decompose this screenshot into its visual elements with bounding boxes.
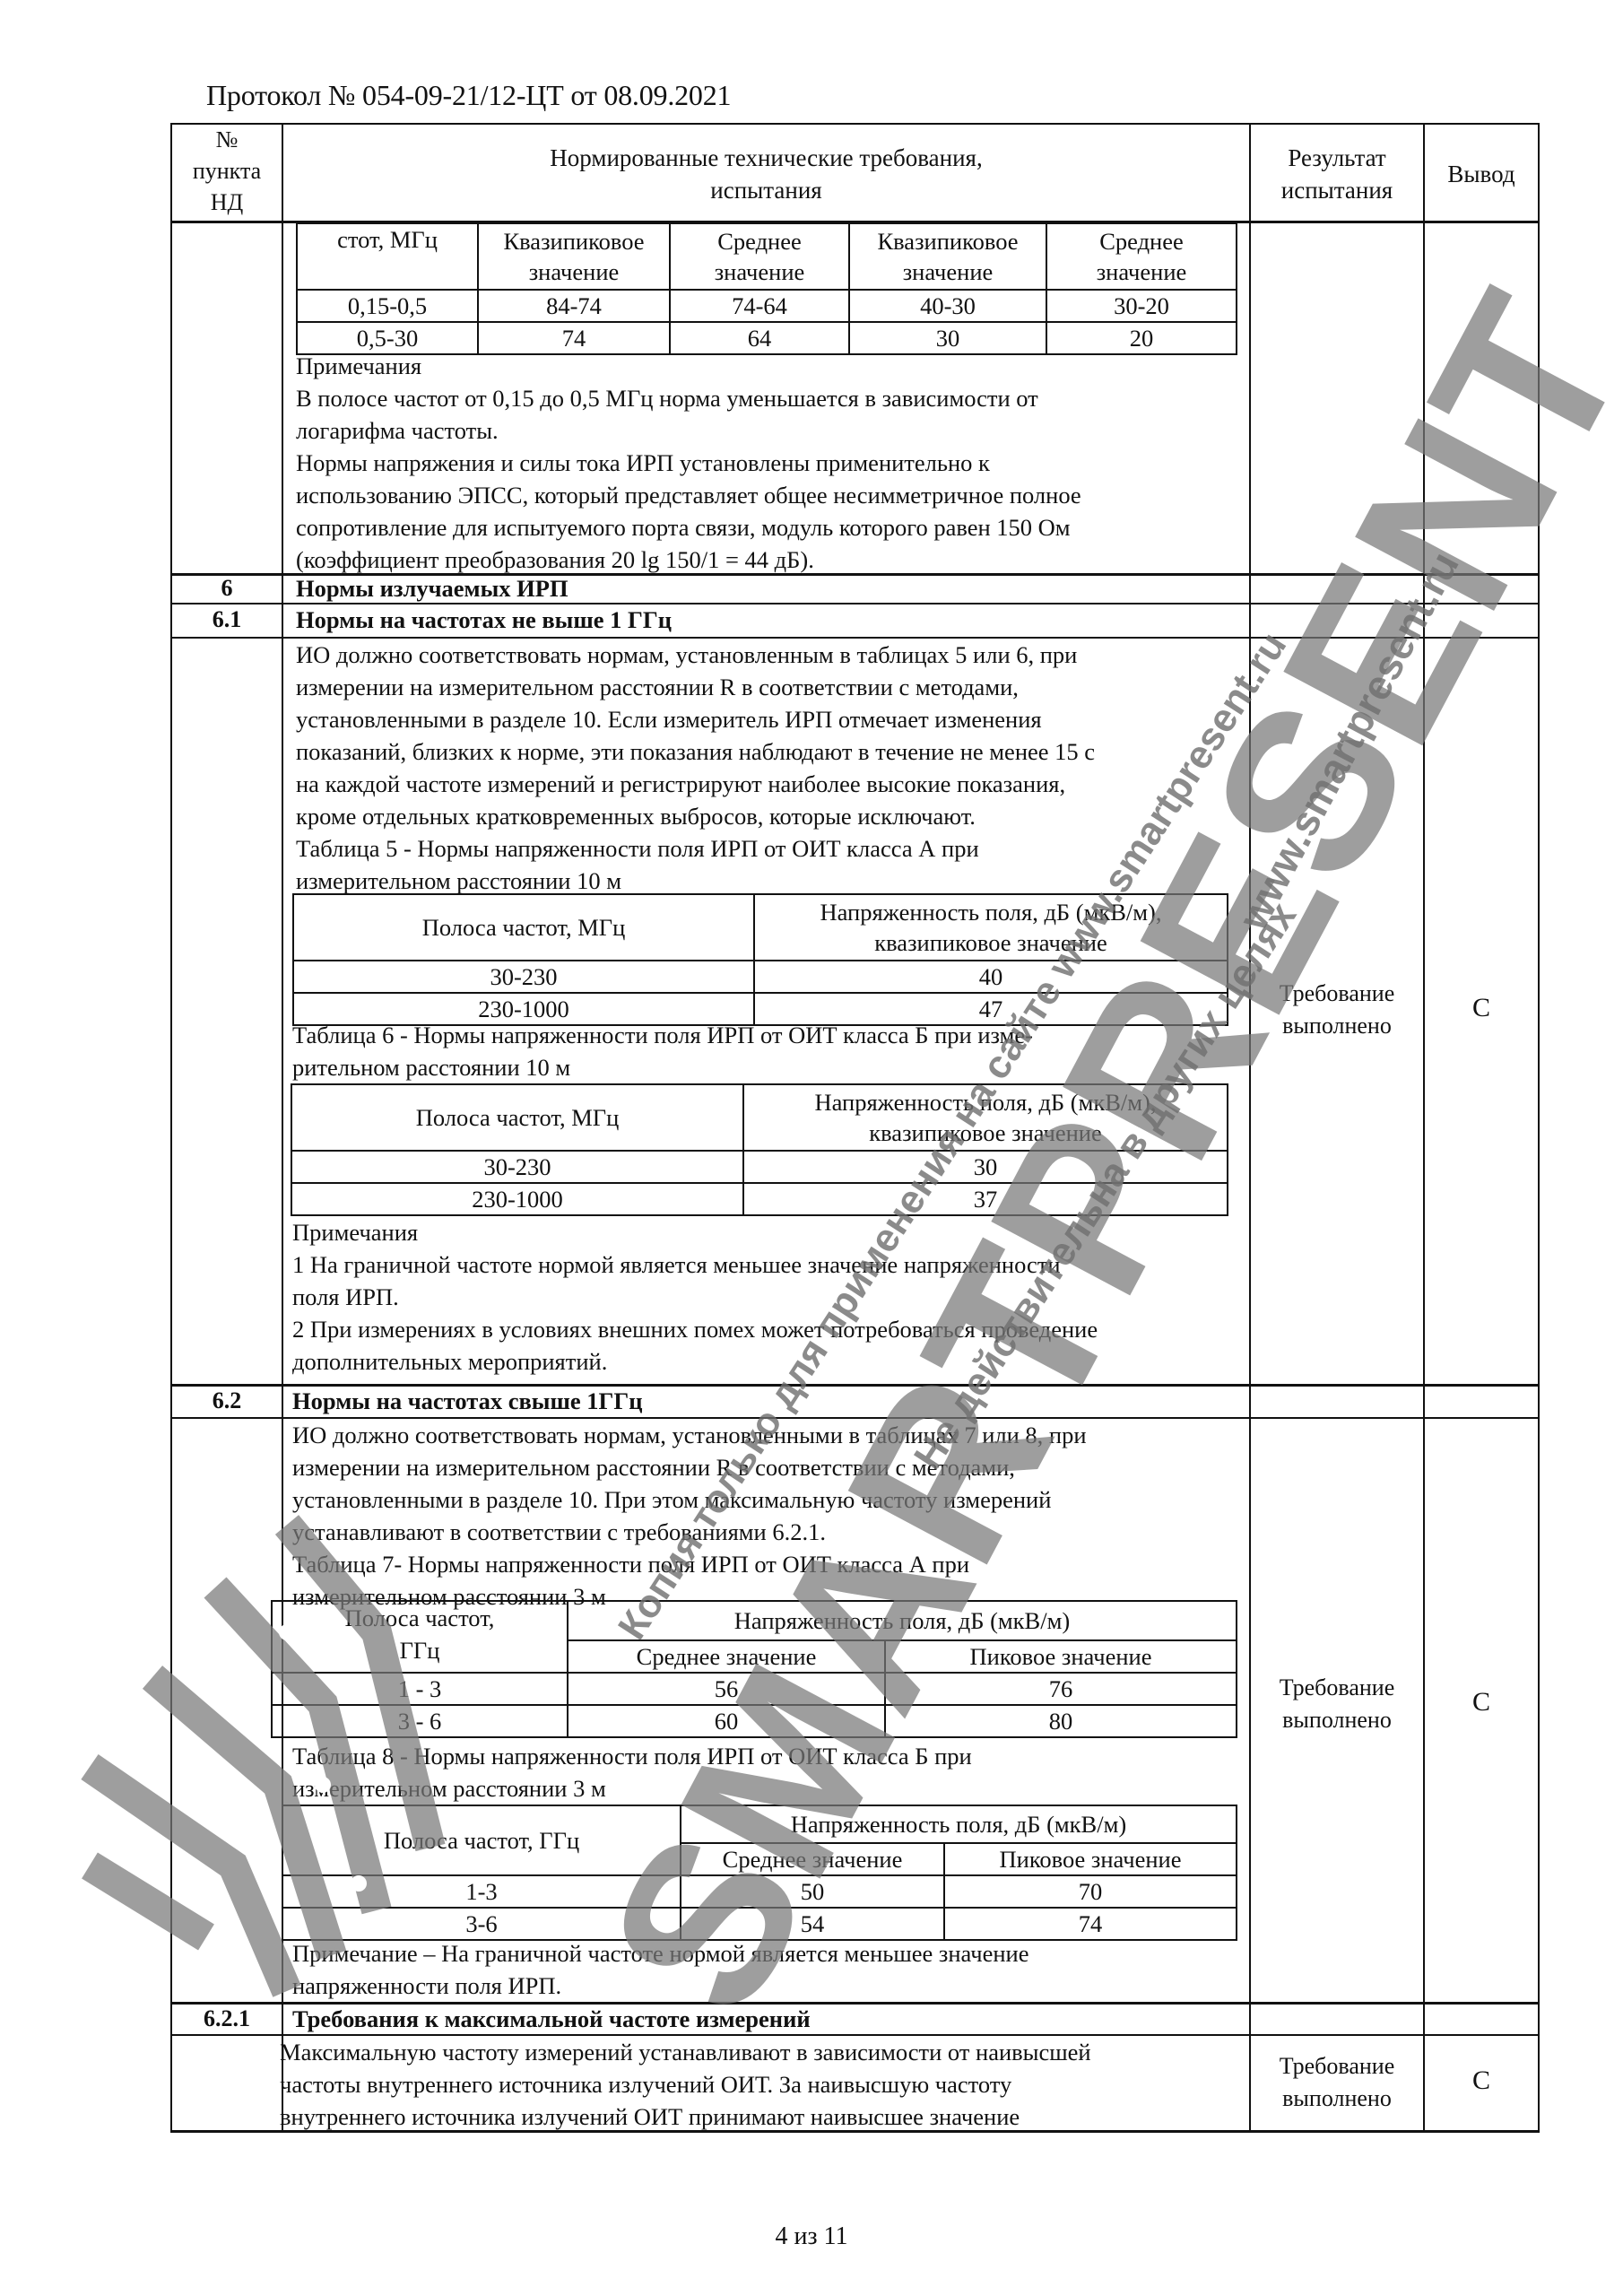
table-header-cell: Напряженность поля, дБ (мкВ/м) — [568, 1601, 1237, 1640]
protocol-title: Протокол № 054-09-21/12-ЦТ от 08.09.2021 — [206, 79, 731, 112]
table-header-cell: Напряженность поля, дБ (мкВ/м),квазипико… — [743, 1084, 1228, 1151]
table-7: Полоса частот,ГГц Напряженность поля, дБ… — [271, 1600, 1237, 1738]
table-cell: 74 — [944, 1908, 1237, 1940]
table-6: Полоса частот, МГц Напряженность поля, д… — [291, 1083, 1228, 1216]
table-header-cell: Напряженность поля, дБ (мкВ/м) — [681, 1805, 1237, 1843]
table-row: 30-230 40 — [293, 961, 1228, 993]
table-row: 30-230 30 — [291, 1151, 1228, 1183]
result-status: Требованиевыполнено — [1251, 2050, 1423, 2115]
table-header-cell: стот, МГц — [297, 223, 478, 290]
conclusion-mark: С — [1425, 992, 1538, 1024]
table-header-cell: Полоса частот, ГГц — [282, 1805, 681, 1875]
table-8-caption: Таблица 8 - Нормы напряженности поля ИРП… — [292, 1740, 1234, 1805]
table-cell: 54 — [681, 1908, 944, 1940]
table-cell: 50 — [681, 1875, 944, 1908]
table-5: Полоса частот, МГц Напряженность поля, д… — [292, 893, 1228, 1026]
table-row: 3 - 6 60 80 — [272, 1705, 1237, 1737]
conclusion-mark: С — [1425, 1686, 1538, 1718]
table-cell: 30-230 — [293, 961, 754, 993]
table-cell: 60 — [568, 1705, 885, 1737]
table-header-cell: Квазипиковоезначение — [478, 223, 670, 290]
column-header-requirements: Нормированные технические требования,исп… — [283, 142, 1249, 206]
section-title: Нормы на частотах не выше 1 ГГц — [296, 604, 672, 636]
column-header-result: Результатиспытания — [1251, 142, 1423, 206]
table-cell: 56 — [568, 1673, 885, 1705]
table-row: 0,15-0,5 84-74 74-64 40-30 30-20 — [297, 290, 1237, 322]
table-cell: 1-3 — [282, 1875, 681, 1908]
notes-block: Примечания В полосе частот от 0,15 до 0,… — [296, 350, 1237, 576]
table-cell: 40-30 — [849, 290, 1046, 322]
table-6-caption: Таблица 6 - Нормы напряженности поля ИРП… — [292, 1019, 1234, 1083]
table-row: 1-3 50 70 — [282, 1875, 1237, 1908]
table-cell: 37 — [743, 1183, 1228, 1215]
table-cell: 80 — [885, 1705, 1237, 1737]
table-header-cell: Среднеезначение — [670, 223, 849, 290]
section-6-2-note: Примечание – На граничной частоте нормой… — [292, 1937, 1234, 2002]
column-header-conclusion: Вывод — [1425, 158, 1538, 190]
table-cell: 74-64 — [670, 290, 849, 322]
result-status: Требованиевыполнено — [1251, 978, 1423, 1042]
table-cell: 70 — [944, 1875, 1237, 1908]
table-header-cell: Среднее значение — [681, 1843, 944, 1875]
table-header-cell: Полоса частот,ГГц — [272, 1601, 568, 1673]
table-cell: 230-1000 — [291, 1183, 743, 1215]
section-number: 6 — [172, 572, 282, 604]
table-header-cell: Полоса частот, МГц — [291, 1084, 743, 1151]
continued-limits-table: стот, МГц Квазипиковоезначение Среднеезн… — [296, 222, 1237, 355]
section-title: Нормы на частотах свыше 1ГГц — [292, 1385, 642, 1417]
table-8: Полоса частот, ГГц Напряженность поля, д… — [282, 1805, 1237, 1941]
table-header-cell: Пиковое значение — [944, 1843, 1237, 1875]
table-row: 1 - 3 56 76 — [272, 1673, 1237, 1705]
table-header-cell: Среднее значение — [568, 1640, 885, 1673]
table-header-cell: Среднеезначение — [1046, 223, 1237, 290]
column-header-number: №пунктаНД — [172, 124, 282, 218]
table-cell: 0,15-0,5 — [297, 290, 478, 322]
table-header-cell: Напряженность поля, дБ (мкВ/м),квазипико… — [754, 894, 1228, 961]
table-cell: 30-230 — [291, 1151, 743, 1183]
table-header-cell: Пиковое значение — [885, 1640, 1237, 1673]
section-title: Требования к максимальной частоте измере… — [283, 2003, 811, 2035]
section-6-1-notes: Примечания 1 На граничной частоте нормой… — [292, 1216, 1234, 1378]
page-number: 4 из 11 — [0, 2222, 1623, 2251]
table-cell: 3 - 6 — [272, 1705, 568, 1737]
table-row: 230-1000 37 — [291, 1183, 1228, 1215]
table-cell: 1 - 3 — [272, 1673, 568, 1705]
table-cell: 40 — [754, 961, 1228, 993]
section-6-2-1-paragraph: Максимальную частоту измерений устанавли… — [280, 2036, 1244, 2133]
table-cell: 30-20 — [1046, 290, 1237, 322]
table-cell: 76 — [885, 1673, 1237, 1705]
table-header-cell: Полоса частот, МГц — [293, 894, 754, 961]
section-number: 6.2.1 — [172, 2003, 282, 2035]
section-number: 6.2 — [172, 1385, 282, 1417]
section-number: 6.1 — [172, 604, 282, 636]
table-header-cell: Квазипиковоезначение — [849, 223, 1046, 290]
section-title: Нормы излучаемых ИРП — [296, 572, 568, 604]
result-status: Требованиевыполнено — [1251, 1672, 1423, 1736]
table-cell: 3-6 — [282, 1908, 681, 1940]
section-6-1-paragraph: ИО должно соответствовать нормам, устано… — [296, 639, 1246, 897]
table-row: 3-6 54 74 — [282, 1908, 1237, 1940]
section-6-2-paragraph: ИО должно соответствовать нормам, устано… — [292, 1419, 1234, 1613]
table-cell: 30 — [743, 1151, 1228, 1183]
table-cell: 84-74 — [478, 290, 670, 322]
conclusion-mark: С — [1425, 2065, 1538, 2097]
